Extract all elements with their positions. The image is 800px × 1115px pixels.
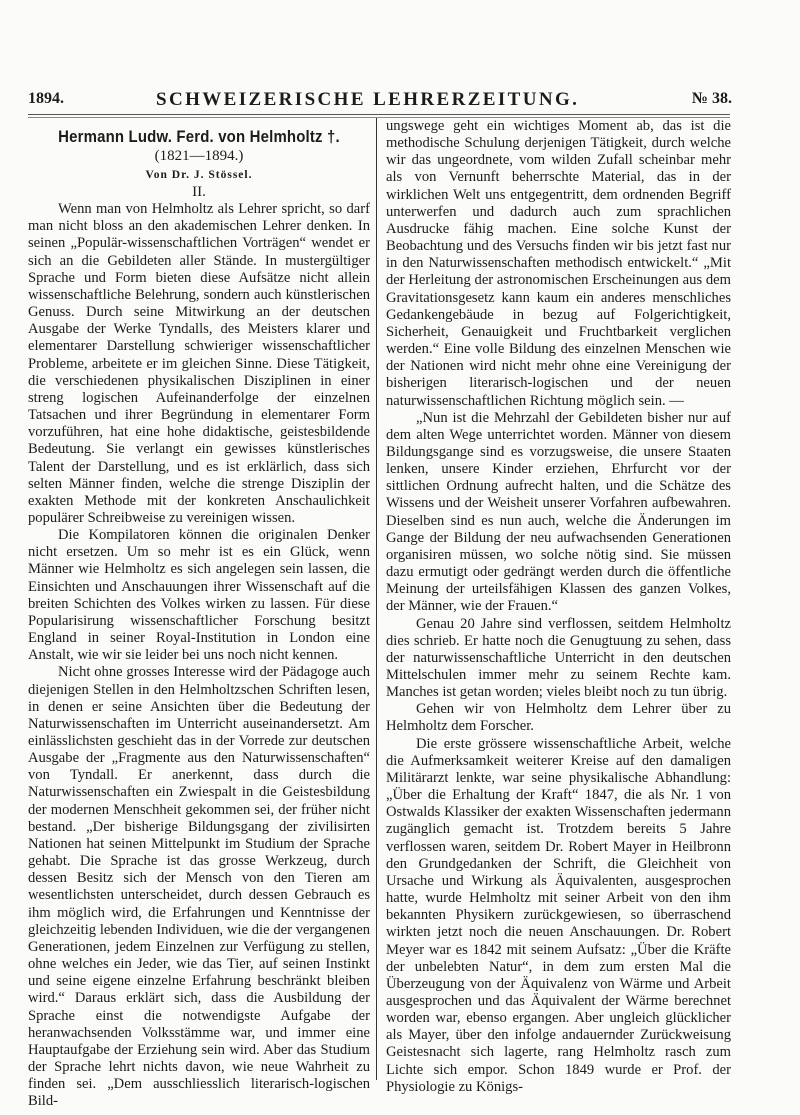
paragraph: „Nun ist die Mehrzahl der Gebildeten bis…: [386, 410, 731, 616]
article-author: Von Dr. J. Stössel.: [28, 168, 370, 182]
paragraph: Gehen wir von Helmholtz dem Lehrer über …: [386, 701, 731, 735]
issue-number: № 38.: [692, 90, 732, 108]
left-column: Hermann Ludw. Ferd. von Helmholtz †. (18…: [28, 119, 370, 1110]
article-dates: (1821—1894.): [28, 148, 370, 165]
article-part: II.: [28, 183, 370, 201]
article-title: Hermann Ludw. Ferd. von Helmholtz †.: [49, 128, 350, 145]
paragraph: Die Kompilatoren können die originalen D…: [28, 527, 370, 664]
journal-title: SCHWEIZERISCHE LEHRERZEITUNG.: [156, 89, 579, 111]
paragraph: Nicht ohne grosses Interesse wird der Pä…: [28, 664, 370, 1110]
column-divider: [376, 118, 377, 1080]
paragraph: Die erste grössere wissenschaftliche Arb…: [386, 736, 731, 1096]
paragraph: Genau 20 Jahre sind verflossen, seitdem …: [386, 616, 731, 702]
running-head: 1894. SCHWEIZERISCHE LEHRERZEITUNG. № 38…: [28, 90, 728, 112]
paragraph: ungswege geht ein wichtiges Moment ab, d…: [386, 118, 731, 410]
page-year: 1894.: [28, 90, 64, 108]
paragraph: Wenn man von Helmholtz als Lehrer sprich…: [28, 201, 370, 527]
newspaper-page: 1894. SCHWEIZERISCHE LEHRERZEITUNG. № 38…: [0, 0, 800, 1115]
right-column: ungswege geht ein wichtiges Moment ab, d…: [386, 118, 731, 1096]
